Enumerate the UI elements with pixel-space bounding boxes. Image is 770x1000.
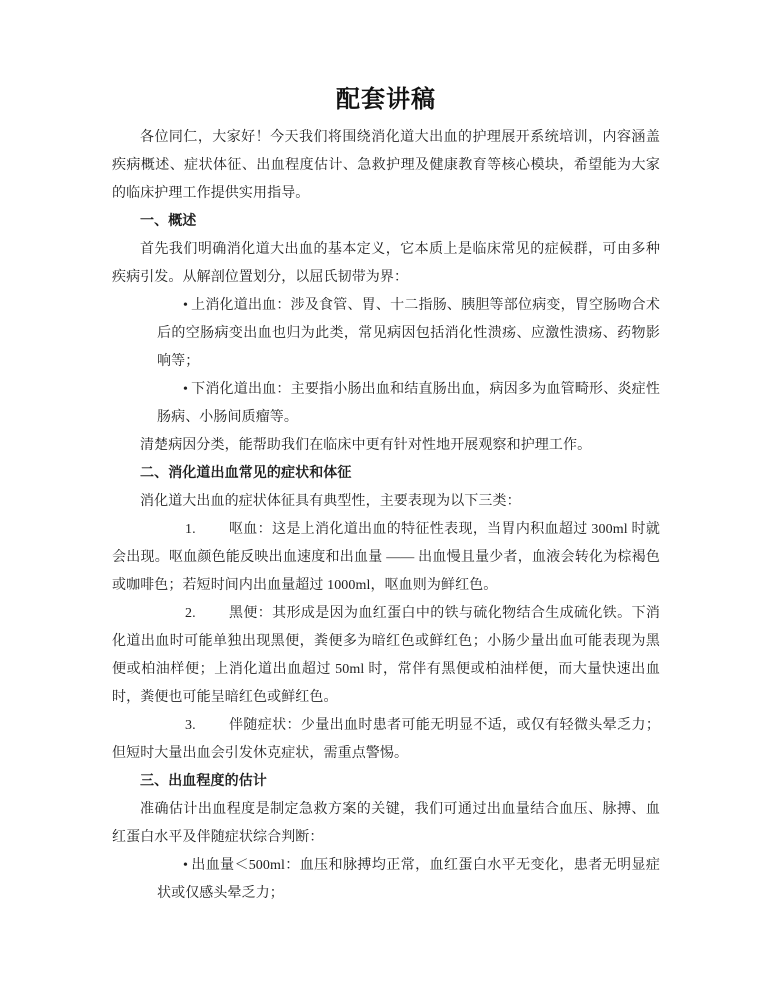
list-item-text: 上消化道出血：涉及食管、胃、十二指肠、胰胆等部位病变，胃空肠吻合术后的空肠病变出… bbox=[157, 298, 660, 369]
document-title: 配套讲稿 bbox=[112, 83, 660, 117]
list-item: •下消化道出血：主要指小肠出血和结直肠出血，病因多为血管畸形、炎症性肠病、小肠间… bbox=[112, 376, 660, 432]
section-2-heading: 二、消化道出血常见的症状和体征 bbox=[112, 460, 660, 488]
list-item-text: 出血量＜500ml：血压和脉搏均正常，血红蛋白水平无变化，患者无明显症状或仅感头… bbox=[157, 858, 660, 901]
section-3-lead: 准确估计出血程度是制定急救方案的关键，我们可通过出血量结合血压、脉搏、血红蛋白水… bbox=[112, 796, 660, 852]
bullet-icon: • bbox=[183, 298, 188, 313]
section-1-lead: 首先我们明确消化道大出血的基本定义，它本质上是临床常见的症候群，可由多种疾病引发… bbox=[112, 236, 660, 292]
list-item: •出血量＜500ml：血压和脉搏均正常，血红蛋白水平无变化，患者无明显症状或仅感… bbox=[112, 852, 660, 908]
numbered-item: 3.伴随症状：少量出血时患者可能无明显不适，或仅有轻微头晕乏力；但短时大量出血会… bbox=[112, 712, 660, 768]
section-1-heading: 一、概述 bbox=[112, 208, 660, 236]
bullet-icon: • bbox=[183, 382, 188, 397]
document-page: 配套讲稿 各位同仁，大家好！今天我们将围绕消化道大出血的护理展开系统培训，内容涵… bbox=[0, 0, 770, 1000]
section-2-lead: 消化道大出血的症状体征具有典型性，主要表现为以下三类： bbox=[112, 488, 660, 516]
list-item: •上消化道出血：涉及食管、胃、十二指肠、胰胆等部位病变，胃空肠吻合术后的空肠病变… bbox=[112, 292, 660, 376]
item-number: 3. bbox=[185, 718, 196, 733]
numbered-item: 2.黑便：其形成是因为血红蛋白中的铁与硫化物结合生成硫化铁。下消化道出血时可能单… bbox=[112, 600, 660, 712]
item-number: 2. bbox=[185, 606, 196, 621]
intro-paragraph: 各位同仁，大家好！今天我们将围绕消化道大出血的护理展开系统培训，内容涵盖疾病概述… bbox=[112, 124, 660, 208]
list-item-text: 下消化道出血：主要指小肠出血和结直肠出血，病因多为血管畸形、炎症性肠病、小肠间质… bbox=[157, 382, 660, 425]
section-3-heading: 三、出血程度的估计 bbox=[112, 768, 660, 796]
section-1-closing: 清楚病因分类，能帮助我们在临床中更有针对性地开展观察和护理工作。 bbox=[112, 432, 660, 460]
numbered-item: 1.呕血：这是上消化道出血的特征性表现，当胃内积血超过 300ml 时就会出现。… bbox=[112, 516, 660, 600]
bullet-icon: • bbox=[183, 858, 188, 873]
item-number: 1. bbox=[185, 522, 196, 537]
